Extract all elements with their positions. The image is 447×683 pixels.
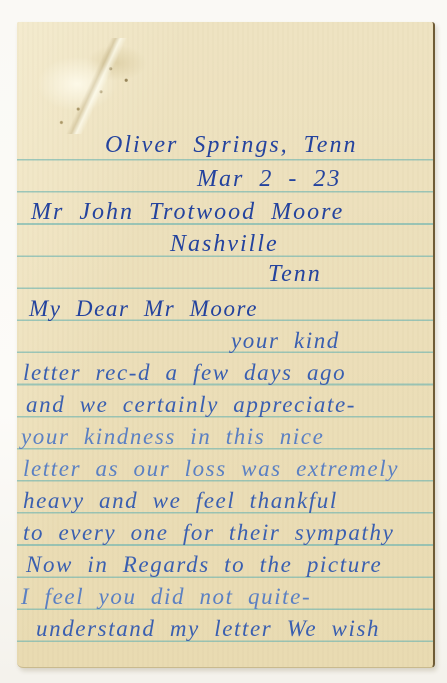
body-line-3: and we certainly appreciate- xyxy=(26,392,356,418)
body-line-5: letter as our loss was extremely xyxy=(23,456,399,482)
paper-crease-mark xyxy=(35,38,155,134)
recipient-name-line: Mr John Trotwood Moore xyxy=(31,199,344,226)
body-line-8: Now in Regards to the picture xyxy=(26,552,382,578)
letter-date-line: Mar 2 - 23 xyxy=(197,166,341,193)
body-line-1: your kind xyxy=(231,328,340,354)
body-line-4: your kindness in this nice xyxy=(21,424,324,450)
letter-place-line: Oliver Springs, Tenn xyxy=(105,132,357,159)
letter-page: Oliver Springs, Tenn Mar 2 - 23 Mr John … xyxy=(17,22,435,668)
recipient-city-line: Nashville xyxy=(170,231,279,258)
body-line-2: letter rec-d a few days ago xyxy=(23,360,346,386)
salutation-line: My Dear Mr Moore xyxy=(29,296,258,322)
body-line-7: to every one for their sympathy xyxy=(23,520,394,546)
body-line-10: understand my letter We wish xyxy=(36,616,380,642)
scan-background: Oliver Springs, Tenn Mar 2 - 23 Mr John … xyxy=(0,0,447,683)
recipient-state-line: Tenn xyxy=(268,261,322,288)
body-line-6: heavy and we feel thankful xyxy=(23,488,338,514)
body-line-9: I feel you did not quite- xyxy=(21,584,311,610)
